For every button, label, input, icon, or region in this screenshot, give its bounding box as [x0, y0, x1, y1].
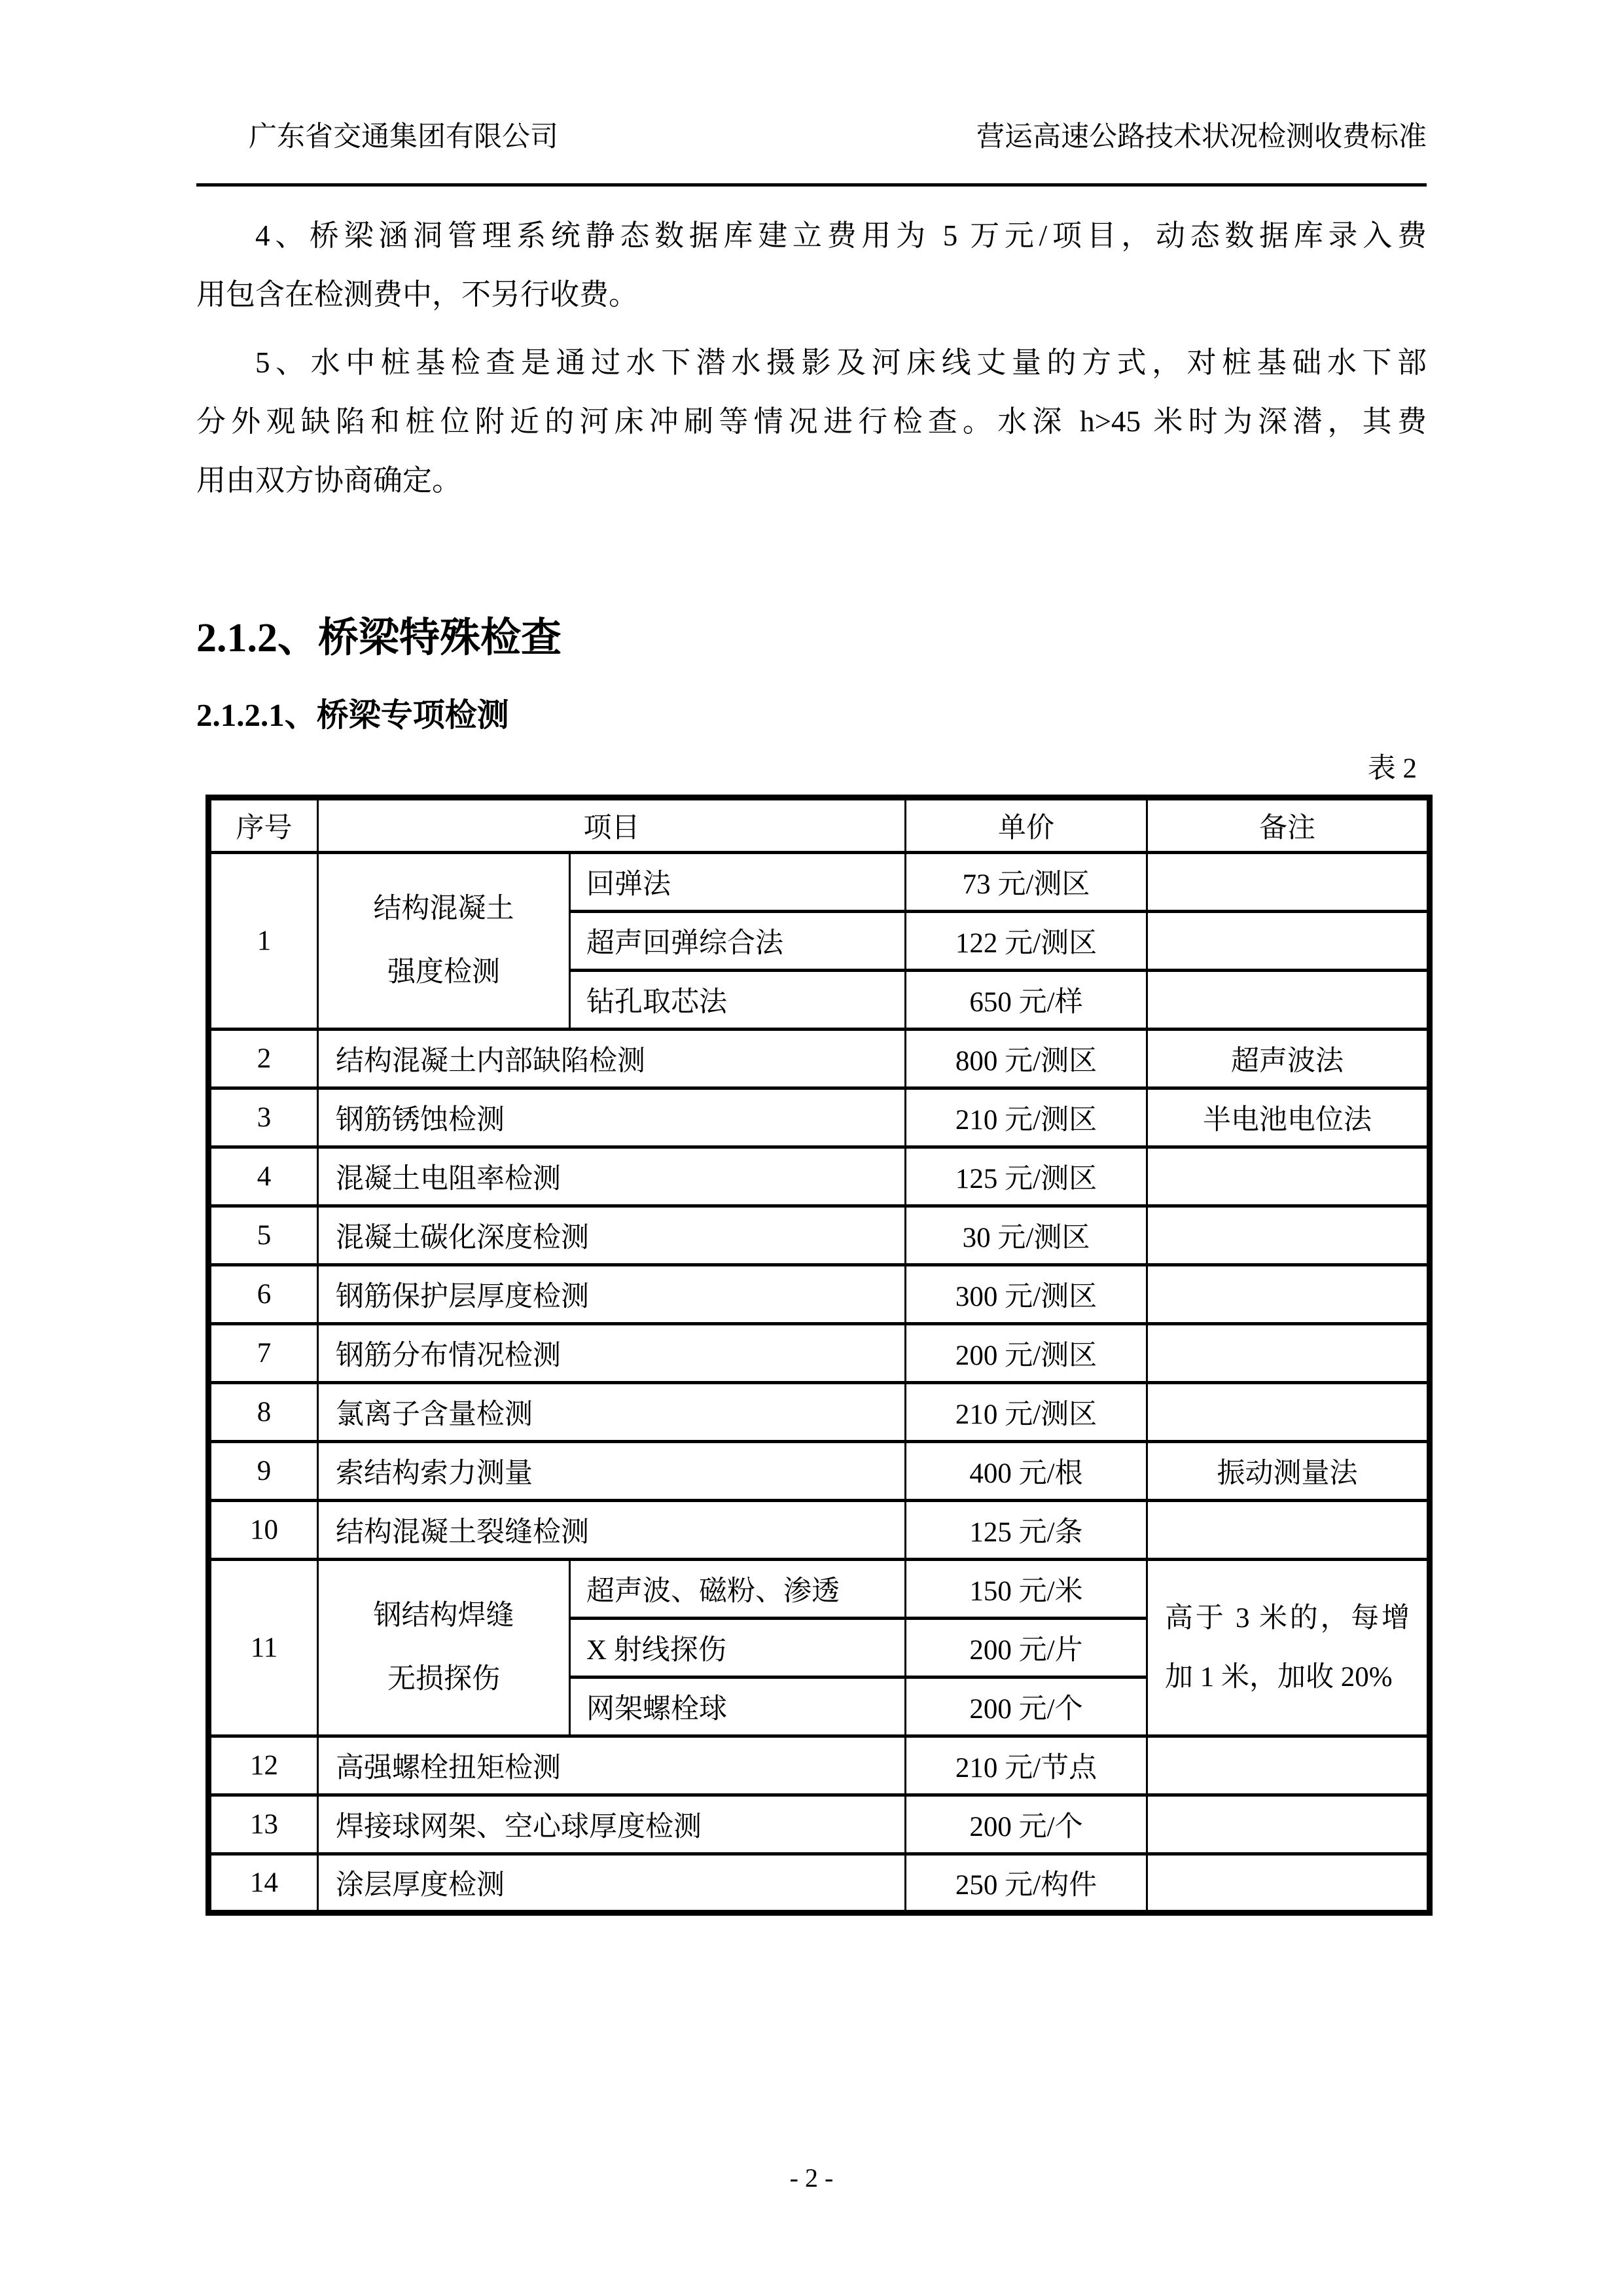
row-no: 1	[209, 853, 318, 1030]
row-item: 钢筋锈蚀检测	[318, 1088, 906, 1147]
row-no: 8	[209, 1383, 318, 1442]
table-row-13: 13 焊接球网架、空心球厚度检测 200 元/个	[209, 1795, 1430, 1854]
table-row-9: 9 索结构索力测量 400 元/根 振动测量法	[209, 1442, 1430, 1501]
row-price: 125 元/测区	[906, 1147, 1147, 1206]
row-item: 结构混凝土内部缺陷检测	[318, 1030, 906, 1088]
col-header-price: 单价	[906, 798, 1147, 853]
table-header-row: 序号 项目 单价 备注	[209, 798, 1430, 853]
row-note: 振动测量法	[1147, 1442, 1430, 1501]
row-method: 超声波、磁粉、渗透	[570, 1560, 906, 1619]
paragraph-4-line-1: 4、桥梁涵洞管理系统静态数据库建立费用为 5 万元/项目，动态数据库录入费	[196, 206, 1427, 265]
row-group-note: 高于 3 米的，每增加 1 米，加收 20%	[1147, 1560, 1430, 1736]
row-item: 涂层厚度检测	[318, 1854, 906, 1913]
table-row-5: 5 混凝土碳化深度检测 30 元/测区	[209, 1206, 1430, 1265]
row-method: X 射线探伤	[570, 1619, 906, 1677]
row-method: 钻孔取芯法	[570, 971, 906, 1030]
page-number: - 2 -	[790, 2163, 834, 2193]
row-price: 200 元/测区	[906, 1324, 1147, 1383]
row-no: 14	[209, 1854, 318, 1913]
paragraph-5-line-1: 5、水中桩基检查是通过水下潜水摄影及河床线丈量的方式，对桩基础水下部	[196, 333, 1427, 392]
row-price: 200 元/片	[906, 1619, 1147, 1677]
row-item: 混凝土碳化深度检测	[318, 1206, 906, 1265]
row-item: 索结构索力测量	[318, 1442, 906, 1501]
row-note	[1147, 1265, 1430, 1324]
row-price: 150 元/米	[906, 1560, 1147, 1619]
table-row-14: 14 涂层厚度检测 250 元/构件	[209, 1854, 1430, 1913]
row-item: 高强螺栓扭矩检测	[318, 1736, 906, 1795]
row-no: 3	[209, 1088, 318, 1147]
row-note	[1147, 912, 1430, 971]
paragraph-4: 4、桥梁涵洞管理系统静态数据库建立费用为 5 万元/项目，动态数据库录入费 用包…	[196, 206, 1427, 324]
row-price: 200 元/个	[906, 1677, 1147, 1736]
subsection-heading: 2.1.2.1、桥梁专项检测	[196, 699, 1427, 731]
col-header-no: 序号	[209, 798, 318, 853]
row-price: 200 元/个	[906, 1795, 1147, 1854]
table-row-12: 12 高强螺栓扭矩检测 210 元/节点	[209, 1736, 1430, 1795]
row-note: 半电池电位法	[1147, 1088, 1430, 1147]
row-price: 73 元/测区	[906, 853, 1147, 912]
row-item: 氯离子含量检测	[318, 1383, 906, 1442]
row-item: 钢筋保护层厚度检测	[318, 1265, 906, 1324]
row-price: 800 元/测区	[906, 1030, 1147, 1088]
row-no: 6	[209, 1265, 318, 1324]
row-no: 2	[209, 1030, 318, 1088]
row-price: 122 元/测区	[906, 912, 1147, 971]
paragraph-5: 5、水中桩基检查是通过水下潜水摄影及河床线丈量的方式，对桩基础水下部 分外观缺陷…	[196, 333, 1427, 510]
row-no: 10	[209, 1501, 318, 1560]
table-row-6: 6 钢筋保护层厚度检测 300 元/测区	[209, 1265, 1430, 1324]
table-caption: 表 2	[196, 755, 1427, 783]
row-item: 钢筋分布情况检测	[318, 1324, 906, 1383]
page-header-row: 广东省交通集团有限公司 营运高速公路技术状况检测收费标准	[196, 121, 1427, 153]
paragraph-5-line-2: 分外观缺陷和桩位附近的河床冲刷等情况进行检查。水深 h>45 米时为深潜，其费	[196, 392, 1427, 451]
table-row-2: 2 结构混凝土内部缺陷检测 800 元/测区 超声波法	[209, 1030, 1430, 1088]
header-doc-title: 营运高速公路技术状况检测收费标准	[976, 121, 1427, 153]
paragraph-5-line-3: 用由双方协商确定。	[196, 451, 1427, 510]
row-note	[1147, 1854, 1430, 1913]
row-note	[1147, 1147, 1430, 1206]
row-group-label: 钢结构焊缝 无损探伤	[318, 1560, 570, 1736]
row-note	[1147, 1501, 1430, 1560]
row-price: 125 元/条	[906, 1501, 1147, 1560]
row-no: 7	[209, 1324, 318, 1383]
col-header-note: 备注	[1147, 798, 1430, 853]
row-note	[1147, 1324, 1430, 1383]
row-price: 30 元/测区	[906, 1206, 1147, 1265]
row-item: 混凝土电阻率检测	[318, 1147, 906, 1206]
section-heading: 2.1.2、桥梁特殊检查	[196, 618, 1427, 658]
row-no: 9	[209, 1442, 318, 1501]
row-no: 5	[209, 1206, 318, 1265]
row-price: 210 元/节点	[906, 1736, 1147, 1795]
table-row-8: 8 氯离子含量检测 210 元/测区	[209, 1383, 1430, 1442]
table-row-1a: 1 结构混凝土 强度检测 回弹法 73 元/测区	[209, 853, 1430, 912]
group-label-line: 无损探伤	[319, 1648, 569, 1712]
row-note	[1147, 1206, 1430, 1265]
row-price: 300 元/测区	[906, 1265, 1147, 1324]
row-method: 回弹法	[570, 853, 906, 912]
page-footer: - 2 -	[0, 2165, 1623, 2191]
row-price: 250 元/构件	[906, 1854, 1147, 1913]
fee-table: 序号 项目 单价 备注 1 结构混凝土 强度检测 回弹法 73 元/测区 超声回…	[205, 795, 1433, 1916]
row-group-label: 结构混凝土 强度检测	[318, 853, 570, 1030]
document-body: 4、桥梁涵洞管理系统静态数据库建立费用为 5 万元/项目，动态数据库录入费 用包…	[0, 206, 1623, 1916]
row-item: 焊接球网架、空心球厚度检测	[318, 1795, 906, 1854]
paragraph-4-line-2: 用包含在检测费中，不另行收费。	[196, 265, 1427, 324]
row-note	[1147, 853, 1430, 912]
group-label-line: 强度检测	[319, 941, 569, 1005]
row-price: 650 元/样	[906, 971, 1147, 1030]
group-label-line: 结构混凝土	[319, 878, 569, 941]
row-price: 400 元/根	[906, 1442, 1147, 1501]
row-item: 结构混凝土裂缝检测	[318, 1501, 906, 1560]
row-no: 4	[209, 1147, 318, 1206]
row-note	[1147, 1736, 1430, 1795]
table-row-11a: 11 钢结构焊缝 无损探伤 超声波、磁粉、渗透 150 元/米 高于 3 米的，…	[209, 1560, 1430, 1619]
row-note	[1147, 1795, 1430, 1854]
table-row-4: 4 混凝土电阻率检测 125 元/测区	[209, 1147, 1430, 1206]
row-note	[1147, 971, 1430, 1030]
row-no: 13	[209, 1795, 318, 1854]
table-row-10: 10 结构混凝土裂缝检测 125 元/条	[209, 1501, 1430, 1560]
document-page: { "header": { "company": "广东省交通集团有限公司", …	[0, 0, 1623, 2296]
page-header: 广东省交通集团有限公司 营运高速公路技术状况检测收费标准	[0, 0, 1623, 187]
row-note	[1147, 1383, 1430, 1442]
header-company: 广东省交通集团有限公司	[249, 121, 558, 153]
row-no: 11	[209, 1560, 318, 1736]
row-note: 超声波法	[1147, 1030, 1430, 1088]
row-no: 12	[209, 1736, 318, 1795]
table-row-3: 3 钢筋锈蚀检测 210 元/测区 半电池电位法	[209, 1088, 1430, 1147]
col-header-item: 项目	[318, 798, 906, 853]
row-price: 210 元/测区	[906, 1088, 1147, 1147]
row-method: 网架螺栓球	[570, 1677, 906, 1736]
table-row-7: 7 钢筋分布情况检测 200 元/测区	[209, 1324, 1430, 1383]
header-rule	[196, 183, 1427, 187]
group-label-line: 钢结构焊缝	[319, 1585, 569, 1648]
row-price: 210 元/测区	[906, 1383, 1147, 1442]
row-method: 超声回弹综合法	[570, 912, 906, 971]
